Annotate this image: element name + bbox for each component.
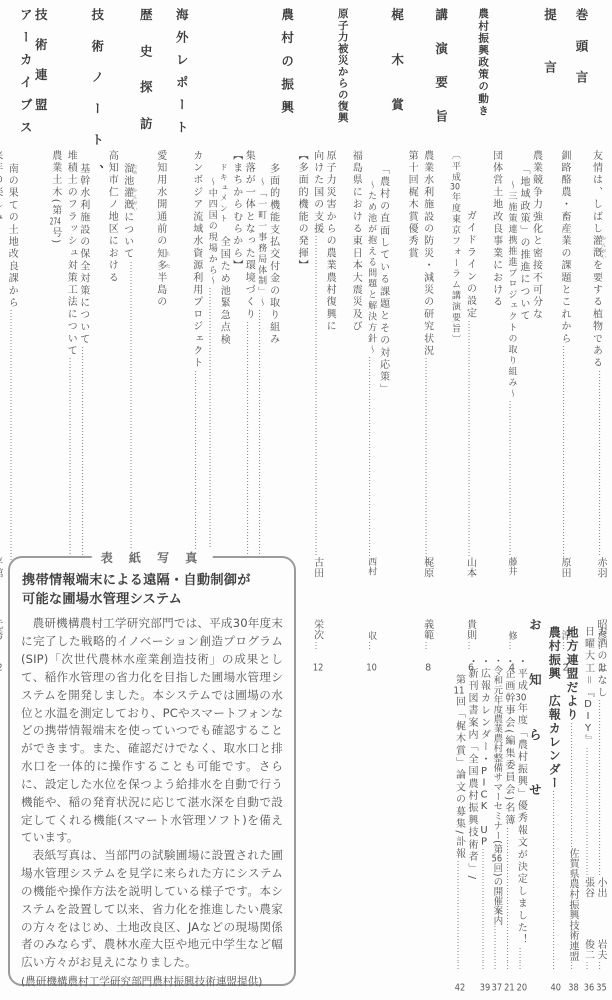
page-number: 36 [582, 970, 594, 992]
dot-leader: …… [595, 961, 607, 970]
toc-section: お酒のはなし…………………………………………………………………………………………… [582, 618, 606, 992]
toc-line: ・令和元年度農業農村整備サマーセミナー(第56回)の開催案内…………………………… [490, 618, 501, 992]
author-name: 梶原義範 [421, 557, 433, 641]
toc-line: 第十回梶木賞優秀賞 [406, 8, 418, 672]
page-number: 40 [546, 970, 560, 992]
toc-line-title: ドキュメント 全国ため池緊急点検 [218, 163, 230, 346]
dot-leader: …………………………………………………………………………………………………………… [564, 722, 578, 848]
toc-line-title: 日曜大工＝『DIY』 [582, 626, 594, 747]
toc-line-title: 南の果ての土地改良課から [6, 163, 18, 309]
toc-line: ・広報カレンダー・PICK UP………………………………………………………………… [478, 618, 490, 992]
toc-line-title: 基幹水利施設の保全対策について [77, 163, 89, 346]
cover-photo-label: 表 紙 写 真 [92, 549, 213, 566]
dot-leader: …………………………………………………………………………………………………………… [502, 827, 514, 961]
toc-line-title: 【多面的機能の発揮】 [296, 150, 308, 272]
dot-leader: …………………………………………………………………………………………………………… [190, 370, 202, 557]
toc-line: 農業競争力強化と密接不可分な [530, 8, 542, 672]
toc-line-title: 福島県における東日本大震災及び [350, 150, 362, 333]
toc-line-title: ・企画幹事会(編集委員会)名簿 [502, 656, 514, 827]
dot-leader: …… [515, 961, 527, 970]
dot-leader: …………………………………………………………………………………………………………… [546, 790, 560, 961]
toc-line-title: ～ため池が抱える問題と解決方針～ [365, 180, 376, 356]
toc-line-title: 第十回梶木賞優秀賞 [406, 150, 418, 260]
page-number: 39 [478, 970, 490, 992]
author-name: 平舘元秀 [0, 557, 2, 641]
toc-line: ガイドラインの設定…………………………………………………………………………………… [464, 8, 476, 672]
dot-leader: …… [478, 961, 490, 970]
toc-line-title: 友情は、しばし灌漑かんがいを要する植物である [590, 150, 606, 370]
toc-line: 日曜大工＝『DIY』………………………………………………………………………………… [582, 618, 594, 992]
toc-line: 【多面的機能の発揮】 [296, 8, 308, 672]
toc-line: 福島県における東日本大震災及び [350, 8, 362, 672]
toc-line-title: 農業水利施設の防災・減災の研究状況 [421, 150, 433, 357]
dot-leader: …………………………………………………………………………………………………………… [421, 357, 433, 557]
dot-leader: …… [421, 641, 433, 650]
toc-line-title: ガイドラインの設定 [464, 210, 476, 320]
section-header: 梶木賞 [390, 8, 405, 672]
dot-leader: …………………………………………………………………………………………………………… [65, 357, 77, 557]
section-header: 農村振興政策の動き [476, 8, 489, 672]
cover-photo-paragraph: 表紙写真は、当部門の試験圃場に設置された圃場水管理システムを見学に来られた方にシ… [21, 847, 283, 972]
toc-section: 地方連盟だより………………………………………………………………………………………… [564, 618, 578, 992]
section-header: 原子力被災からの復興 [336, 8, 349, 672]
toc-line-title: 団体営土地改良事業における [490, 150, 502, 309]
dot-leader: …… [365, 641, 376, 650]
dot-leader: …………………………………………………………………………………………………………… [0, 223, 2, 557]
toc-line-title: ・令和元年度農業農村整備サマーセミナー(第56回)の開催案内 [490, 656, 501, 925]
dot-leader: …… [564, 961, 578, 970]
toc-section: 農村振興 広報カレンダー…………………………………………………………………………… [546, 618, 560, 992]
dot-leader: …… [582, 961, 594, 970]
author-name: 古田栄次 [311, 557, 323, 641]
cover-photo-credit: (農研機構農村工学研究部門農村振興技術連盟提供) [21, 974, 283, 989]
dot-leader: …………………………………………………………………………………………………………… [464, 320, 476, 557]
page-number: 10 [365, 650, 376, 672]
toc-line-title: 【まちからむらから】 [230, 150, 242, 272]
section-header: 提言 [543, 8, 558, 672]
dot-leader: …… [490, 961, 501, 970]
toc-line-title: 農業土木(第274号) [49, 150, 61, 245]
toc-line: 農業水利施設の防災・減災の研究状況……………………………………………………………… [421, 8, 433, 672]
toc-line-title: 原子力災害からの農業農村復興に [324, 150, 336, 333]
toc-section: お知らせ・平成30年度「農村振興」優秀報文が決定しました！……………………………… [453, 618, 542, 992]
dot-leader: …………………………………………………………………………………………………………… [582, 747, 594, 877]
section-header: 巻頭言 [574, 8, 589, 672]
cover-photo-title-line2: 可能な圃場水管理システム [22, 592, 182, 607]
toc-line: ・平成30年度「農村振興」優秀報文が決定しました！………………………………………… [515, 618, 527, 992]
toc-line-title: 農村振興 広報カレンダー [546, 626, 560, 790]
dot-leader: …………………………………………………………………………………………………………… [206, 287, 217, 557]
toc-section: 〔平成30年度東京フォーラム講演要旨〕講演要旨農業水利施設の防災・減災の研究状況… [421, 8, 460, 672]
dot-leader: …………………………………………………………………………………………………………… [453, 860, 465, 961]
toc-section: 福島県における東日本大震災及び原子力被災からの復興原子力災害からの農業農村復興に… [311, 8, 361, 672]
toc-line: 向けた国の支援………………………………………………………………………………………… [311, 8, 323, 672]
section-header: お知らせ [527, 618, 542, 992]
toc-line: 原子力災害からの農業農村復興に [324, 8, 336, 672]
cover-photo-title: 携帯情報端末による遠隔・自動制御が 可能な圃場水管理システム [22, 571, 282, 609]
toc-line-title: ・平成30年度「農村振興」優秀報文が決定しました！ [515, 656, 527, 947]
toc-line-title: ・新刊図書案内「全国農村振興技術者」/ [465, 656, 477, 881]
toc-line: 「農村の直面している課題とその対応策」 [377, 8, 389, 672]
toc-bottom-block: お酒のはなし…………………………………………………………………………………………… [449, 618, 606, 992]
toc-line-title: ～「一町一事務局体制」～ [255, 177, 266, 309]
page-number: 35 [595, 970, 607, 992]
toc-section: 来年の楽しみ…………………………………………………………………………………………… [0, 8, 2, 672]
toc-line: ～三施策連携推進プロジェクトの取り組み～……………………………………………………… [506, 8, 517, 672]
dot-leader: …………………………………………………………………………………………………………… [255, 309, 266, 557]
toc-line: 農村振興 広報カレンダー…………………………………………………………………………… [546, 618, 560, 992]
toc-line-title: 向けた国の支援 [311, 150, 323, 235]
page-number: 21 [502, 970, 514, 992]
author-name: 張谷俊二 [582, 877, 594, 961]
toc-line-title: 農業競争力強化と密接不可分な [530, 150, 542, 321]
toc-line: ・新刊図書案内「全国農村振興技術者」/ [465, 618, 477, 992]
toc-line-title: 愛知用水開通前の知多ちた半島の [154, 150, 170, 309]
page-number: 20 [515, 970, 527, 992]
cover-photo-paragraph: 農研機構農村工学研究部門では、平成30年度末に完了した戦略的イノベーション創造プ… [21, 615, 283, 847]
toc-line: お酒のはなし…………………………………………………………………………………………… [595, 618, 607, 992]
dot-leader: …………………………………………………………………………………………………………… [121, 261, 137, 557]
toc-section: 第十回梶木賞優秀賞梶木賞「農村の直面している課題とその対応策」～ため池が抱える問… [365, 8, 417, 672]
toc-line: 「地域政策」の推進について [518, 8, 530, 672]
toc-section: 友情は、しばし灌漑かんがいを要する植物である………………………………………………… [574, 8, 606, 672]
toc-line-title: 第11回「梶木賞」論文の募集/訃報 [453, 674, 465, 860]
dot-leader: …………………………………………………………………………………………………………… [311, 235, 323, 557]
toc-line-title: 地方連盟だより [564, 626, 578, 722]
page-number: 8 [421, 650, 433, 672]
dot-leader: …………………………………………………………………………………………………………… [515, 947, 527, 961]
dot-leader: …………………………………………………………………………………………………………… [595, 699, 607, 877]
toc-line: 来年の楽しみ…………………………………………………………………………………………… [0, 8, 2, 672]
toc-line: 地方連盟だより………………………………………………………………………………………… [564, 618, 578, 992]
toc-line: 釧路酪農・畜産業の課題とこれから………………………………………………………………… [559, 8, 571, 672]
dot-leader: …………………………………………………………………………………………………………… [77, 346, 89, 557]
author-name: 西村収 [365, 557, 376, 641]
cover-photo-box: 表 紙 写 真 携帯情報端末による遠隔・自動制御が 可能な圃場水管理システム 農… [8, 556, 296, 986]
section-header: 講演要旨 [434, 8, 449, 672]
author-name: 小出岩夫 [595, 877, 607, 961]
toc-line-title: カンボジア流域水資源利用プロジェクト [190, 150, 202, 370]
page-number: 42 [453, 970, 465, 992]
toc-line: 団体営土地改良事業における [490, 8, 502, 672]
dot-leader: …………………………………………………………………………………………………………… [559, 345, 571, 557]
dot-leader: …… [502, 961, 514, 970]
dot-leader: …………………………………………………………………………………………………………… [490, 925, 501, 961]
toc-line-title: 溜ため池灌漑かんがいについて [121, 163, 137, 261]
toc-section: 団体営土地改良事業における農村振興政策の動きガイドラインの設定………………………… [464, 8, 502, 672]
dot-leader: …………………………………………………………………………………………………………… [506, 400, 517, 557]
page-number: 37 [490, 970, 501, 992]
toc-line-title: ～三施策連携推進プロジェクトの取り組み～ [506, 180, 517, 400]
toc-line-title: お酒のはなし [595, 626, 607, 699]
toc-line-title: 来年の楽しみ [0, 150, 2, 223]
toc-section: 釧路酪農・畜産業の課題とこれから………………………………………………………………… [506, 8, 570, 672]
toc-line-title: ・広報カレンダー・PICK UP [478, 656, 490, 848]
toc-line: ～ため池が抱える問題と解決方針～………………………………………………………………… [365, 8, 376, 672]
dot-leader: …………………………………………………………………………………………………………… [243, 321, 255, 557]
dot-leader: …………………………………………………………………………………………………………… [590, 370, 606, 557]
page-number: 12 [311, 650, 323, 672]
dot-leader: …… [546, 961, 560, 970]
toc-line-title: 「地域政策」の推進について [518, 164, 530, 323]
toc-line-title: 多面的機能支払交付金の取り組み [267, 163, 279, 346]
dot-leader: …………………………………………………………………………………………………………… [365, 356, 376, 557]
page-number: 32 [0, 650, 2, 672]
page-number: 38 [564, 970, 578, 992]
toc-line-title: ～中四国の現場から～ [206, 177, 217, 287]
dot-leader: …… [0, 641, 2, 650]
toc-line-title: 堆積土のフラッシュ対策工法について [65, 150, 77, 357]
cover-photo-title-line1: 携帯情報端末による遠隔・自動制御が [22, 573, 251, 588]
author-name: 佐賀県農村振興技術連盟 [564, 848, 578, 961]
toc-line: 友情は、しばし灌漑かんがいを要する植物である………………………………………………… [590, 8, 606, 672]
toc-line: 第11回「梶木賞」論文の募集/訃報……………………………………………………………… [453, 618, 465, 992]
toc-line-title: 集落が一体となった環境づくり [243, 150, 255, 321]
toc-line-title: 高知市仁ノ地区における [106, 150, 118, 284]
dot-leader: …… [453, 961, 465, 970]
toc-line: ・企画幹事会(編集委員会)名簿…………………………………………………………………… [502, 618, 514, 992]
toc-line-title: 「農村の直面している課題とその対応策」 [377, 164, 389, 396]
toc-line-title: 〔平成30年度東京フォーラム講演要旨〕 [450, 150, 460, 346]
toc-line: 〔平成30年度東京フォーラム講演要旨〕 [450, 8, 460, 672]
toc-line-title: 釧路酪農・畜産業の課題とこれから [559, 150, 571, 345]
dot-leader: …… [311, 641, 323, 650]
dot-leader: …………………………………………………………………………………………………………… [478, 848, 490, 961]
